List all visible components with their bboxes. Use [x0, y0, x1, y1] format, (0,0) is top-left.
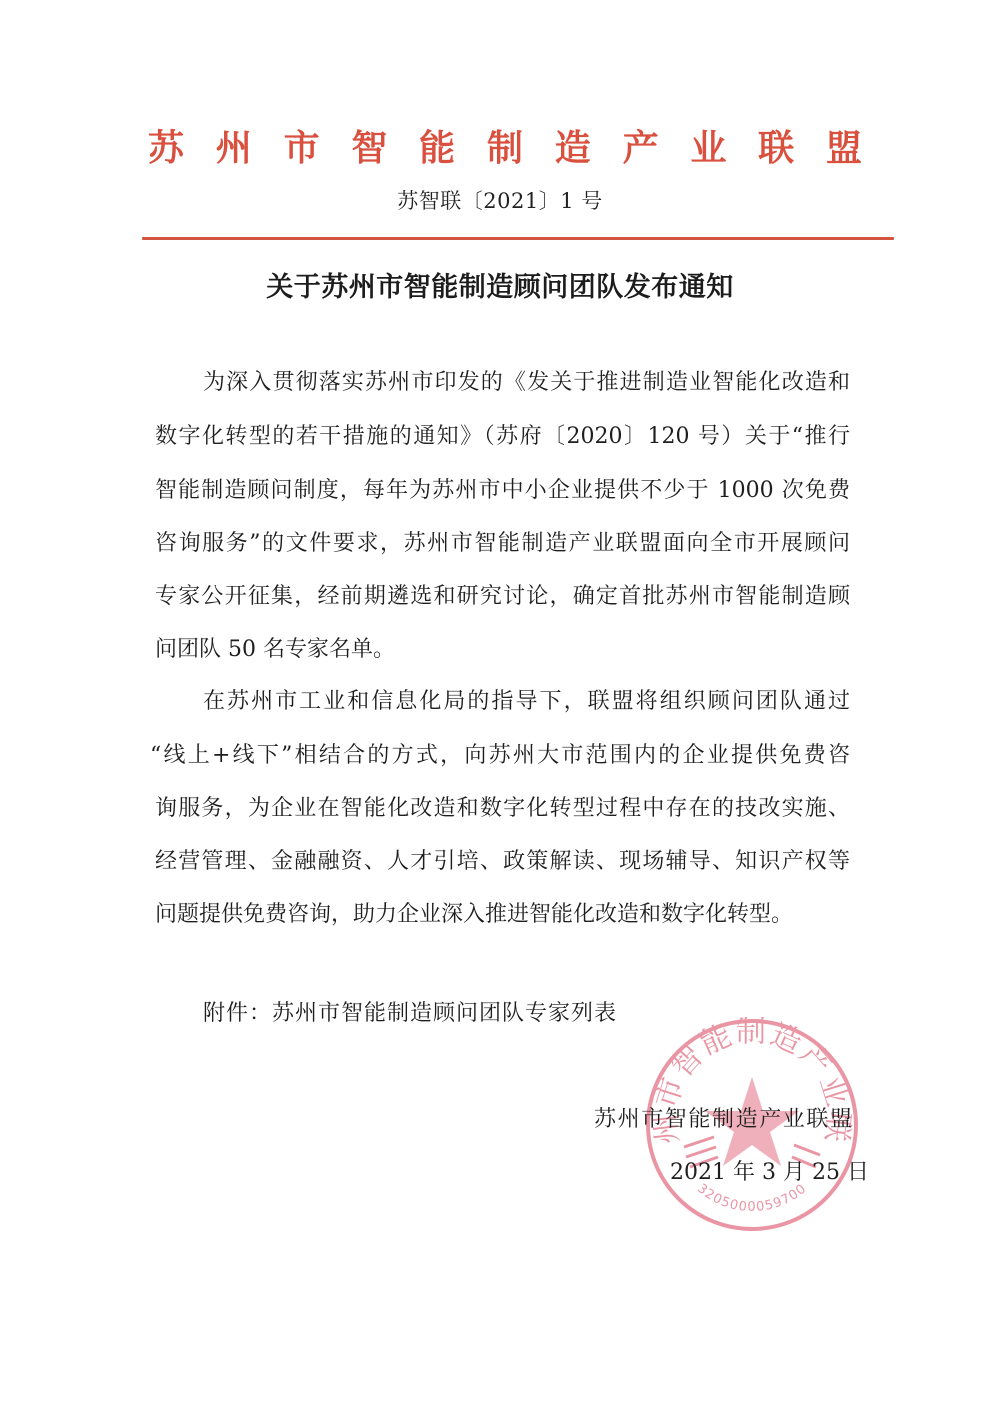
org-title-char: 产	[615, 131, 667, 167]
org-title-char: 州	[208, 131, 260, 167]
signature-organization: 苏州市智能制造产业联盟	[594, 1106, 852, 1134]
org-title-char: 联	[750, 131, 802, 167]
header-divider	[142, 237, 894, 240]
org-title: 苏 州 市 智 能 制 造 产 业 联 盟	[140, 124, 870, 174]
org-title-char: 盟	[818, 131, 870, 167]
paragraph-2-line: 询服务，为企业在智能化改造和数字化转型过程中存在的技改实施、	[155, 795, 850, 823]
paragraph-1-line: 为深入贯彻落实苏州市印发的《发关于推进制造业智能化改造和	[203, 369, 850, 397]
paragraph-1-line: 问团队 50 名专家名单。	[155, 636, 850, 664]
attachment-note: 附件：苏州市智能制造顾问团队专家列表	[203, 1000, 617, 1028]
paragraph-1-line: 专家公开征集，经前期遴选和研究讨论，确定首批苏州市智能制造顾	[155, 583, 850, 611]
paragraph-2-line: 问题提供免费咨询，助力企业深入推进智能化改造和数字化转型。	[155, 901, 850, 929]
org-title-char: 业	[682, 131, 734, 167]
org-title-char: 苏	[140, 131, 192, 167]
paragraph-2-line: 经营管理、金融融资、人才引培、政策解读、现场辅导、知识产权等	[155, 848, 850, 876]
org-title-char: 制	[479, 131, 531, 167]
org-title-char: 能	[411, 131, 463, 167]
paragraph-1-line: 数字化转型的若干措施的通知》（苏府〔2020〕120 号）关于“推行	[155, 423, 850, 451]
notice-title: 关于苏州市智能制造顾问团队发布通知	[0, 265, 1000, 304]
paragraph-2-line: “线上+线下”相结合的方式，向苏州大市范围内的企业提供免费咨	[150, 742, 850, 770]
document-number: 苏智联〔2021〕1 号	[0, 185, 1000, 215]
paragraph-1-line: 智能制造顾问制度，每年为苏州市中小企业提供不少于 1000 次免费	[155, 477, 850, 505]
org-title-char: 造	[547, 131, 599, 167]
org-title-char: 智	[343, 131, 395, 167]
paragraph-1-line: 咨询服务”的文件要求，苏州市智能制造产业联盟面向全市开展顾问	[155, 530, 850, 558]
org-title-char: 市	[276, 131, 328, 167]
paragraph-2-line: 在苏州市工业和信息化局的指导下，联盟将组织顾问团队通过	[203, 688, 850, 716]
signature-date: 2021 年 3 月 25 日	[670, 1159, 852, 1187]
